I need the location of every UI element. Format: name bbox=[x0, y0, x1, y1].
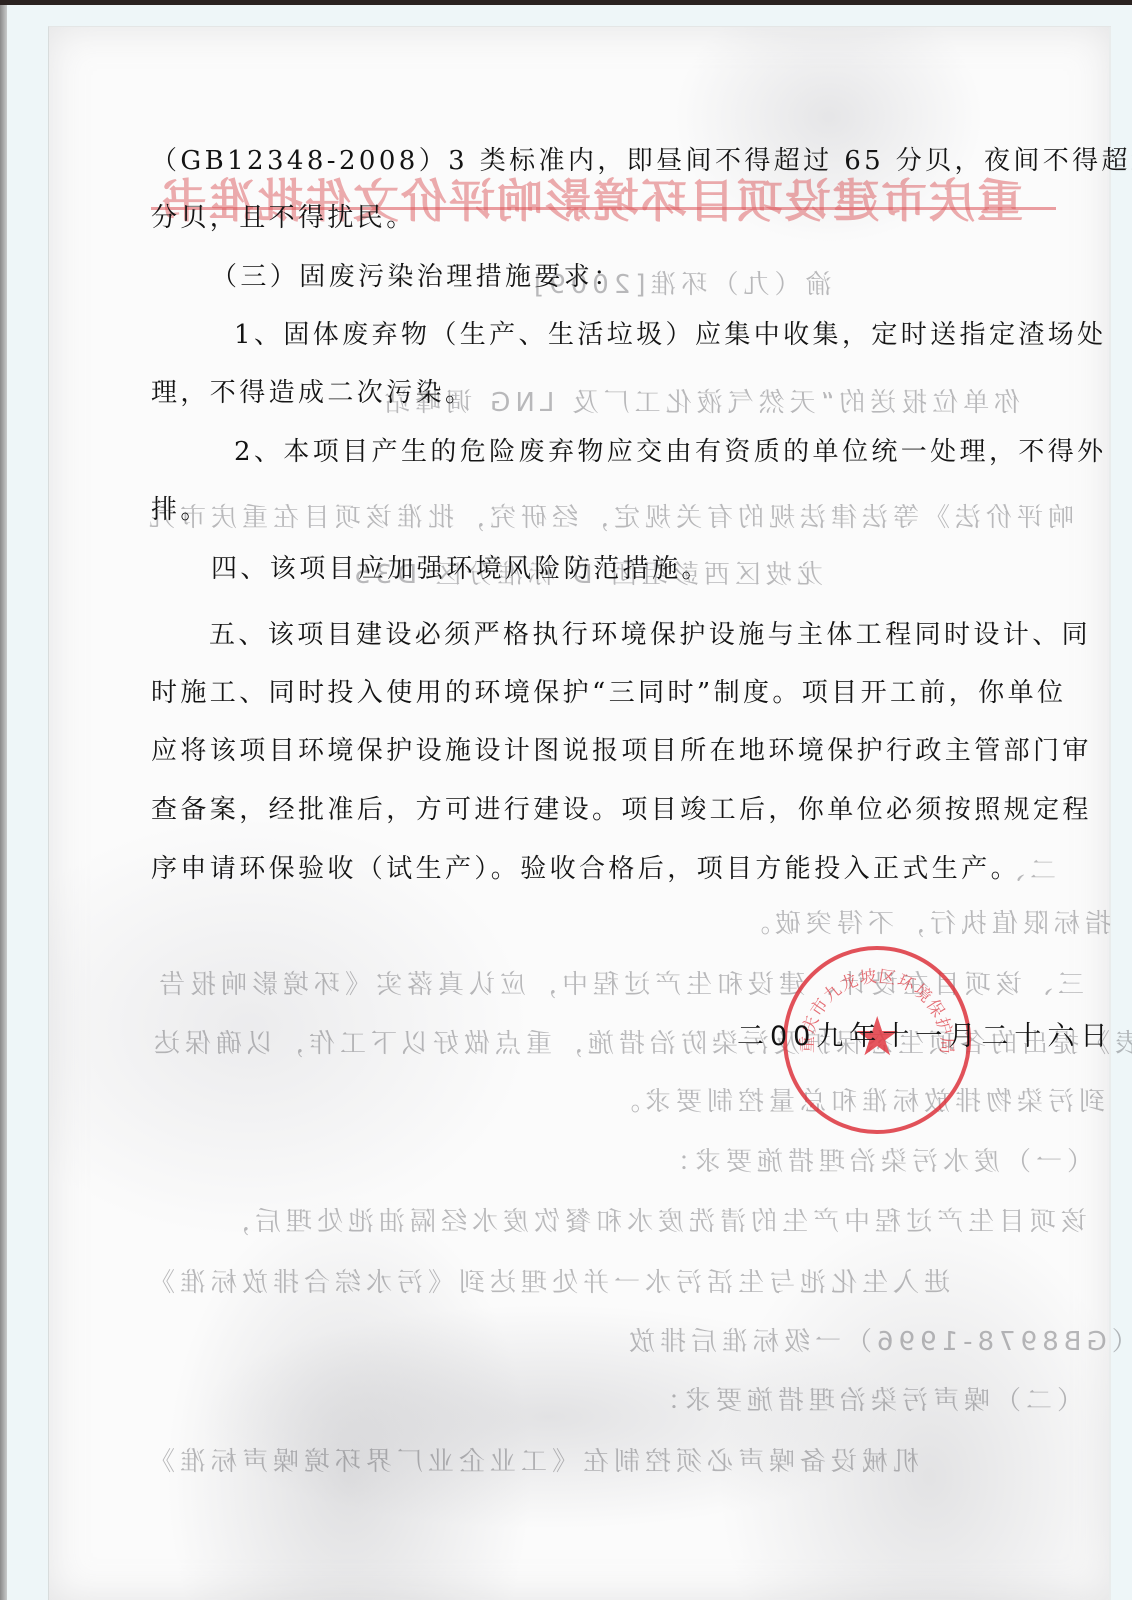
bleed-through-line: 机械设备噪声必须控制在《工业企业厂界环境噪声标准》 bbox=[144, 1441, 919, 1478]
bleed-through-line: （GB8978-1996）一级标准后排放 bbox=[624, 1321, 1132, 1358]
bleed-through-line: 指标限值执行，不得突破。 bbox=[739, 903, 1111, 940]
body-line: 分贝，且不得扰民。 bbox=[151, 202, 416, 234]
body-line: 序申请环保验收（试生产）。验收合格后，项目方能投入正式生产。 bbox=[151, 853, 1020, 885]
bleed-through-line: 该项目生产过程中产生的清洗废水和餐饮废水经隔油池处理后， bbox=[219, 1201, 1087, 1238]
bleed-through-line: 你单位报送的“天然气液化工厂及 LNG 调峰站 bbox=[379, 382, 1020, 419]
body-line: 应将该项目环境保护设施设计图说报项目所在地环境保护行政主管部门审 bbox=[151, 735, 1092, 767]
body-line: 查备案，经批准后，方可进行建设。项目竣工后，你单位必须按照规定程 bbox=[151, 794, 1092, 826]
section-heading: （三）固废污染治理措施要求： bbox=[211, 261, 623, 293]
document-page: 重庆市建设项目环境影响评价文件批准书 渝（九）环准[2009] 你单位报送的“天… bbox=[48, 26, 1111, 1600]
body-line: 时施工、同时投入使用的环境保护“三同时”制度。项目开工前，你单位 bbox=[151, 677, 1066, 709]
page-crease bbox=[1109, 27, 1111, 1600]
section-heading: 四、该项目应加强环境风险防范措施。 bbox=[211, 553, 711, 585]
body-line: （GB12348-2008）3 类标准内，即昼间不得超过 65 分贝，夜间不得超… bbox=[151, 145, 1132, 177]
body-line: 理，不得造成二次污染。 bbox=[151, 377, 474, 409]
scan-left-edge bbox=[0, 5, 7, 1600]
body-line: 2、本项目产生的危险废弃物应交由有资质的单位统一处理，不得外 bbox=[234, 436, 1107, 468]
bleed-through-line: （一）废水污染治理措施要求： bbox=[659, 1141, 1093, 1178]
bleed-through-line: 进入生化池与生活污水一并处理达到《污水综合排放标准》 bbox=[144, 1262, 950, 1299]
section-heading: 五、该项目建设必须严格执行环境保护设施与主体工程同时设计、同 bbox=[209, 619, 1091, 651]
body-line: 排。 bbox=[151, 494, 210, 526]
bleed-through-line: （二）噪声污染治理措施要求： bbox=[649, 1380, 1083, 1417]
document-date: 二00九年十一月二十六日 bbox=[737, 1014, 1113, 1053]
bleed-through-line: 响评价法》等法律法规的有关规定，经研究，批准该项目在重庆市九 bbox=[144, 497, 1074, 534]
body-line: 1、固体废弃物（生产、生活垃圾）应集中收集，定时送指定渣场处 bbox=[234, 319, 1107, 351]
